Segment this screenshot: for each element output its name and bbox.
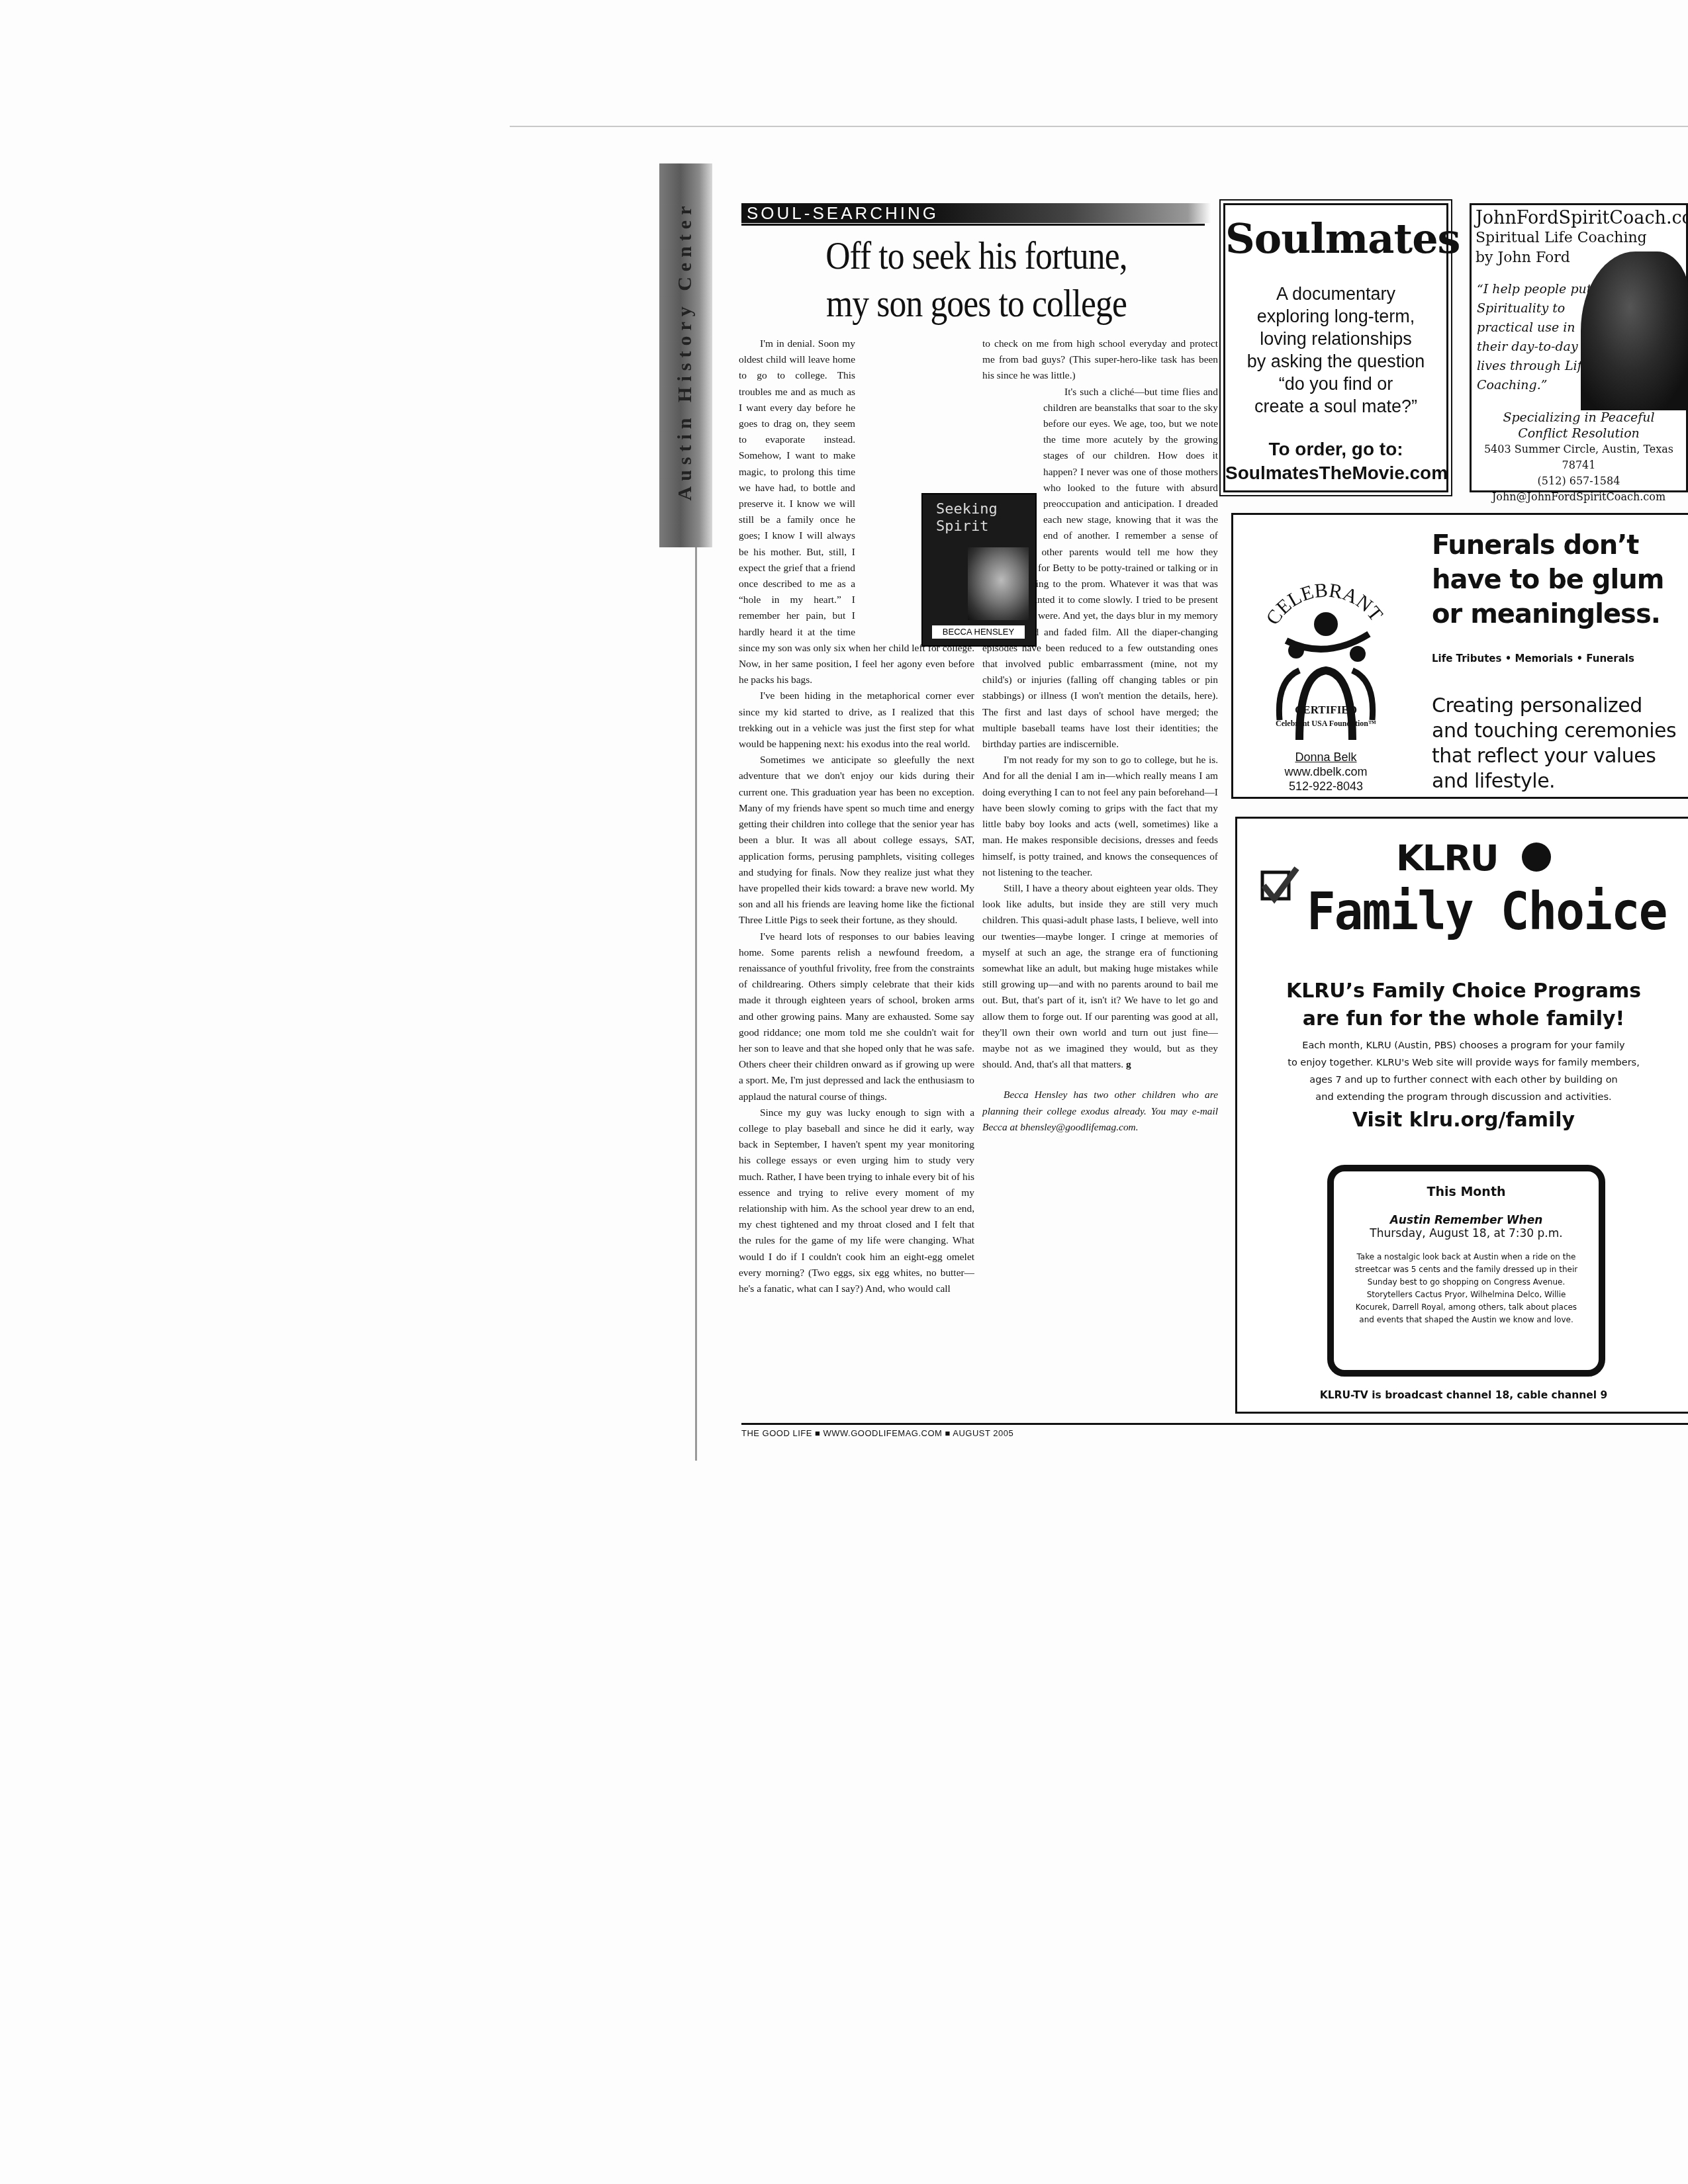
article-headline: Off to seek his fortune, my son goes to … (780, 232, 1172, 327)
column-title: Seeking Spirit (923, 494, 1035, 535)
page-footer: THE GOOD LIFE ■ WWW.GOODLIFEMAG.COM ■ AU… (741, 1428, 1013, 1438)
klru-heading: KLRU’s Family Choice Programs are fun fo… (1237, 978, 1688, 1033)
paragraph: I've heard lots of responses to our babi… (739, 929, 974, 1105)
ad-body: A documentary exploring long-term, lovin… (1225, 283, 1446, 418)
show-blurb: Take a nostalgic look back at Austin whe… (1348, 1251, 1584, 1326)
klru-description: Each month, KLRU (Austin, PBS) chooses a… (1237, 1037, 1688, 1106)
strip-shadow-line (695, 547, 697, 1461)
celebrant-website[interactable]: www.dbelk.com (1266, 764, 1385, 779)
celebrant-services: Life Tributes • Memorials • Funerals (1432, 653, 1634, 664)
klru-visit-link[interactable]: Visit klru.org/family (1237, 1109, 1688, 1132)
coach-email[interactable]: John@JohnFordSpiritCoach.com (1472, 489, 1686, 505)
this-month-box: This Month Austin Remember When Thursday… (1327, 1165, 1605, 1377)
paragraph: to check on me from high school everyday… (982, 336, 1218, 385)
pbs-logo-icon (1522, 842, 1551, 872)
celebrant-contact: Donna Belk www.dbelk.com 512-922-8043 (1266, 750, 1385, 794)
portrait-image (968, 547, 1029, 620)
columnist-name: BECCA HENSLEY (932, 625, 1025, 639)
klru-channel-info: KLRU-TV is broadcast channel 18, cable c… (1237, 1389, 1688, 1401)
celebrant-tagline: Creating personalized and touching cerem… (1432, 694, 1676, 794)
paragraph: Since my guy was lucky enough to sign wi… (739, 1105, 974, 1297)
ad-spirit-coach: JohnFordSpiritCoach.com Spiritual Life C… (1470, 203, 1688, 492)
show-time: Thursday, August 18, at 7:30 p.m. (1334, 1227, 1599, 1240)
ad-celebrant: CELEBRANT CERTIFIED Celebrant USA Founda… (1231, 513, 1688, 799)
paragraph: I've been hiding in the metaphorical cor… (739, 688, 974, 752)
celebrant-headline: Funerals don’t have to be glum or meanin… (1432, 528, 1664, 631)
show-title: Austin Remember When (1334, 1214, 1599, 1227)
photo-credit: Austin History Center (662, 199, 708, 503)
author-bio: Becca Hensley has two other children who… (982, 1087, 1218, 1136)
footer-rule (741, 1423, 1688, 1425)
coach-contact: 5403 Summer Circle, Austin, Texas 78741 … (1472, 441, 1686, 505)
coach-portrait-image (1581, 251, 1688, 410)
scan-edge-line (510, 126, 1688, 127)
coach-website[interactable]: JohnFordSpiritCoach.com (1472, 205, 1686, 228)
section-rule (741, 224, 1205, 226)
family-choice-title: Family Choice (1307, 882, 1667, 942)
end-mark: g (1126, 1059, 1131, 1070)
ad-cta: To order, go to: SoulmatesTheMovie.com (1225, 437, 1446, 485)
ad-klru: KLRU Family Choice KLRU’s Family Choice … (1235, 817, 1688, 1414)
article-column-1: I'm in denial. Soon my oldest child will… (739, 336, 974, 1297)
paragraph: Still, I have a theory about eighteen ye… (982, 881, 1218, 1073)
klru-logo: KLRU (1396, 837, 1498, 879)
section-label: SOUL-SEARCHING (741, 203, 1211, 223)
ad-soulmates: Soulmates A documentary exploring long-t… (1223, 203, 1448, 492)
ad-brand: Soulmates (1225, 214, 1446, 263)
soulmates-url[interactable]: SoulmatesTheMovie.com (1225, 461, 1446, 485)
paragraph: Sometimes we anticipate so gleefully the… (739, 752, 974, 929)
coach-specialty: Specializing in Peaceful Conflict Resolu… (1472, 410, 1686, 441)
certification: CERTIFIED Celebrant USA Foundation™ (1253, 704, 1399, 730)
columnist-photo: Seeking Spirit BECCA HENSLEY (921, 493, 1037, 647)
checkbox-check-icon (1260, 858, 1299, 918)
section-header: SOUL-SEARCHING (741, 203, 1211, 223)
paragraph: I'm not ready for my son to go to colleg… (982, 752, 1218, 881)
article-column-2: to check on me from high school everyday… (982, 336, 1218, 1136)
